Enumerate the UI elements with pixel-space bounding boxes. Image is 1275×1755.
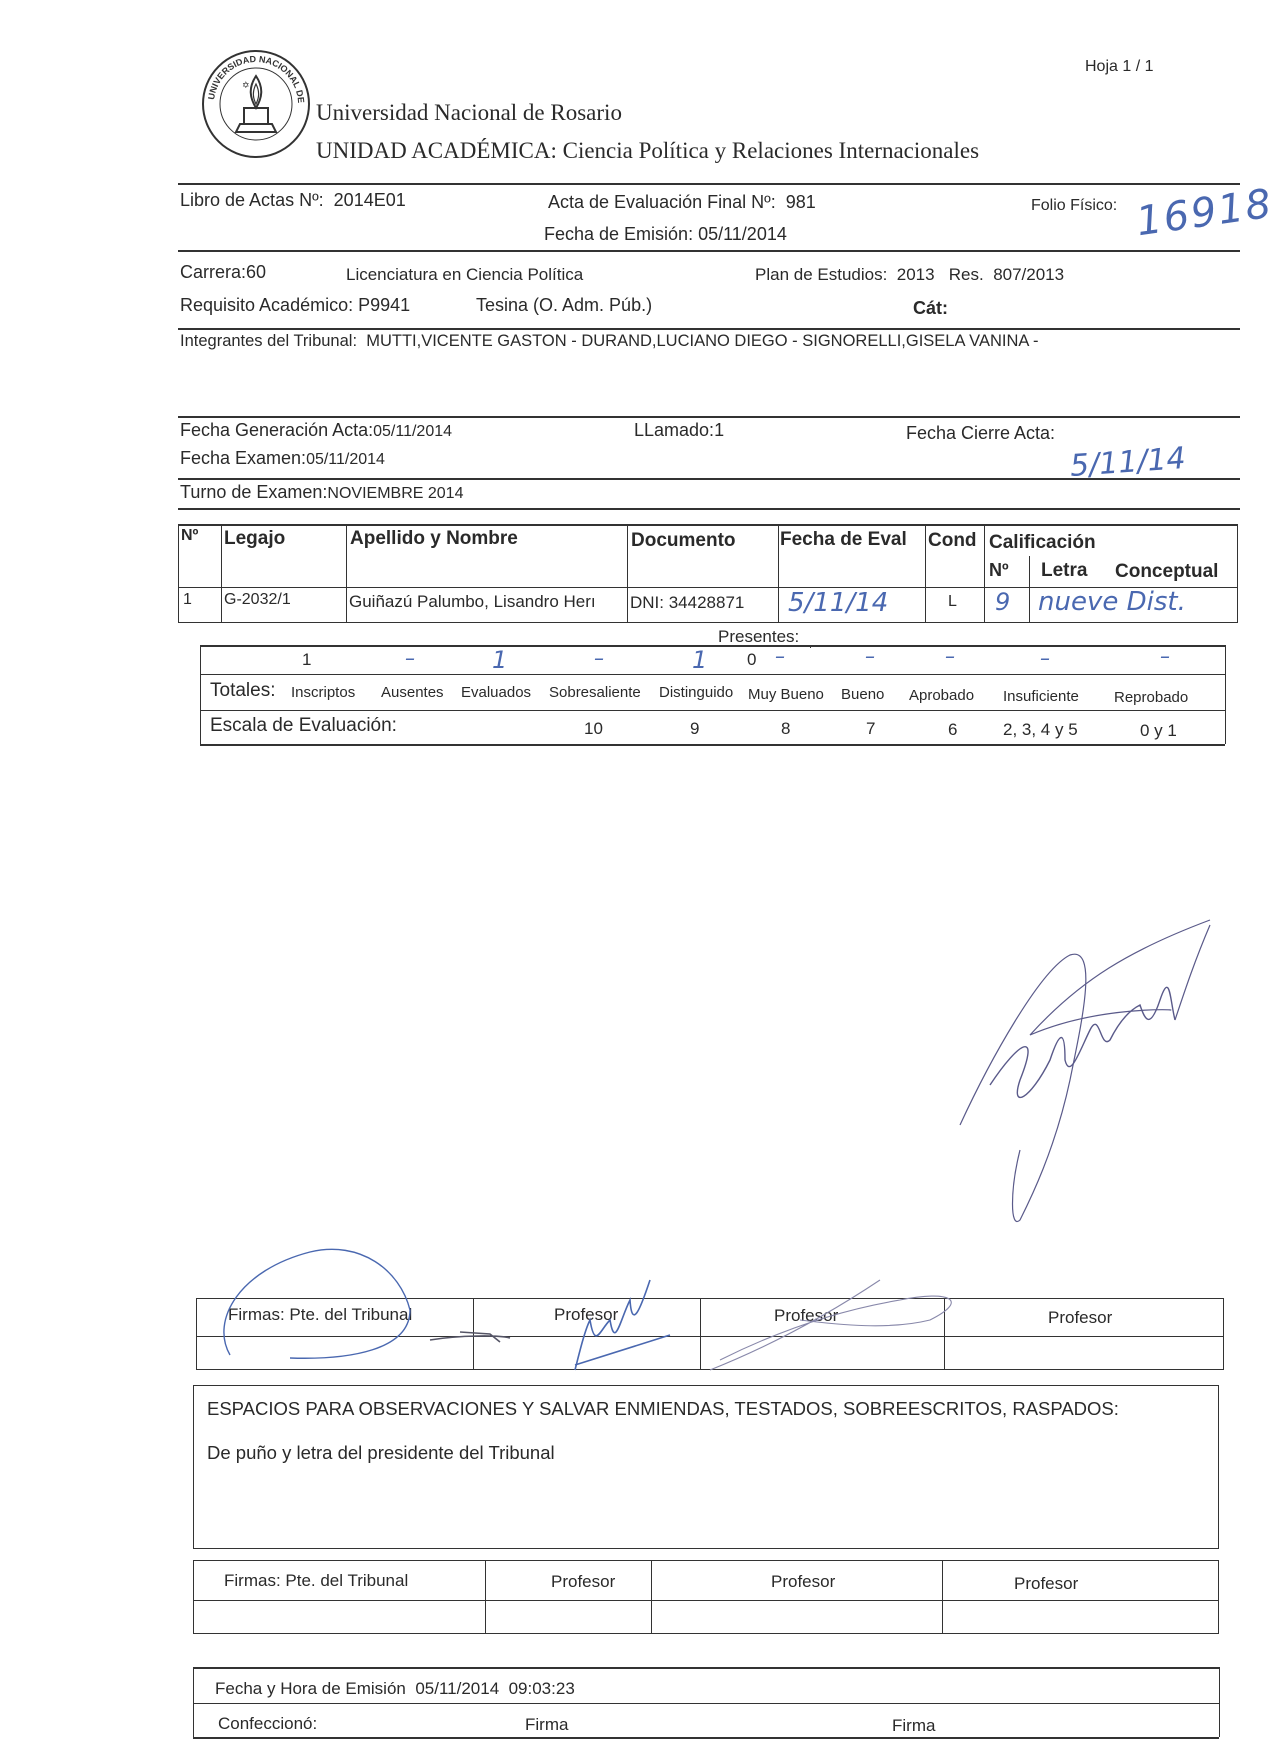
divider <box>178 478 1240 480</box>
col-ausentes: Ausentes <box>381 684 444 701</box>
libro-actas: Libro de Actas Nº: 2014E01 <box>180 190 406 211</box>
divider <box>178 250 1240 252</box>
divider <box>178 328 1240 330</box>
total-distinguido-handwritten: 1 <box>692 646 707 674</box>
col-muy-bueno: Muy Bueno <box>748 686 824 703</box>
col-divider <box>925 524 926 622</box>
col-bueno: Bueno <box>841 686 884 703</box>
totals-border-left <box>200 645 201 744</box>
divider <box>178 416 1240 418</box>
col-divider <box>627 524 628 622</box>
header-documento: Documento <box>631 530 736 552</box>
academic-unit: UNIDAD ACADÉMICA: Ciencia Política y Rel… <box>316 138 979 164</box>
col-sobresaliente: Sobresaliente <box>549 684 641 701</box>
escala-reprobado: 0 y 1 <box>1140 721 1177 741</box>
handwritten-signatures-icon <box>200 1240 1000 1390</box>
turno-examen: Turno de Examen:NOVIEMBRE 2014 <box>180 482 463 503</box>
col-evaluados: Evaluados <box>461 684 531 701</box>
divider <box>178 183 1240 185</box>
sig2-pte-label: Firmas: Pte. del Tribunal <box>224 1571 408 1591</box>
llamado: LLamado:1 <box>634 420 724 441</box>
acta-label: Acta de Evaluación Final Nº: <box>548 192 776 212</box>
col-reprobado: Reprobado <box>1114 689 1188 706</box>
sig2-prof3-label: Profesor <box>1014 1574 1078 1594</box>
fecha-generacion: Fecha Generación Acta:05/11/2014 <box>180 420 452 441</box>
plan-estudios: Plan de Estudios: 2013 Res. 807/2013 <box>755 265 1064 285</box>
cell-num: 1 <box>183 591 192 609</box>
llamado-value: 1 <box>714 420 724 440</box>
cell-cal-letra-handwritten: nueve Dist. <box>1038 587 1186 617</box>
university-seal: ✡ UNIVERSIDAD NACIONAL DE ROSARIO <box>200 48 312 160</box>
plan-label: Plan de Estudios: <box>755 265 887 284</box>
res-value: 807/2013 <box>993 265 1064 284</box>
carrera-code: 60 <box>246 262 266 282</box>
footer-border-bottom <box>193 1737 1219 1739</box>
escala-insuficiente: 2, 3, 4 y 5 <box>1003 720 1078 740</box>
total-presentes: 0 <box>747 650 756 670</box>
cell-fecha-handwritten: 5/11/14 <box>788 588 888 618</box>
carrera-label: Carrera: <box>180 262 246 282</box>
totals-divider <box>200 710 1225 711</box>
escala-distinguido: 9 <box>690 719 699 739</box>
escala-sobresaliente: 10 <box>584 719 603 739</box>
requisito-label: Requisito Académico: <box>180 295 353 315</box>
col-inscriptos: Inscriptos <box>291 684 355 701</box>
emision-label: Fecha de Emisión: <box>544 224 693 244</box>
firma-2-label: Firma <box>892 1716 935 1736</box>
footer-divider <box>193 1703 1219 1704</box>
examen-value: 05/11/2014 <box>306 451 385 468</box>
header-cal-conceptual: Conceptual <box>1115 561 1218 583</box>
escala-muy-bueno: 8 <box>781 719 790 739</box>
requisito-code: P9941 <box>358 295 410 315</box>
carrera-name: Licenciatura en Ciencia Política <box>346 265 583 285</box>
emision-value: 05/11/2014 <box>698 224 787 244</box>
escala-label: Escala de Evaluación: <box>210 715 397 737</box>
libro-value: 2014E01 <box>334 190 406 210</box>
cell-cal-num-handwritten: 9 <box>995 588 1010 616</box>
university-name: Universidad Nacional de Rosario <box>316 100 622 126</box>
total-ausentes-handwritten: – <box>405 646 415 670</box>
fecha-examen: Fecha Examen:05/11/2014 <box>180 448 385 469</box>
turno-value: NOVIEMBRE 2014 <box>327 485 463 502</box>
total-insuficiente-handwritten: – <box>1040 646 1050 670</box>
llamado-label: LLamado: <box>634 420 714 440</box>
acta-value: 981 <box>786 192 816 212</box>
signatures-2-col <box>651 1560 652 1634</box>
header-nombre: Apellido y Nombre <box>350 528 518 550</box>
header-cond: Cond <box>928 530 977 552</box>
col-divider <box>346 524 347 622</box>
sig2-prof1-label: Profesor <box>551 1572 615 1592</box>
cell-legajo: G-2032/1 <box>224 591 291 609</box>
total-bueno-handwritten: – <box>865 644 875 668</box>
cell-documento: DNI: 34428871 <box>630 593 744 613</box>
total-reprobado-handwritten: – <box>1160 644 1170 668</box>
signatures-2-col <box>942 1560 943 1634</box>
university-seal-icon: ✡ UNIVERSIDAD NACIONAL DE ROSARIO <box>200 48 312 160</box>
header-fecha: Fecha de Eval <box>780 529 907 551</box>
res-label: Res. <box>949 265 984 284</box>
col-insuficiente: Insuficiente <box>1003 688 1079 705</box>
requisito: Requisito Académico: P9941 <box>180 295 410 316</box>
observaciones-text: De puño y letra del presidente del Tribu… <box>207 1442 555 1464</box>
escala-bueno: 7 <box>866 719 875 739</box>
totals-border-right <box>1225 645 1226 744</box>
footer-emision-label: Fecha y Hora de Emisión <box>215 1679 406 1698</box>
totals-border-top <box>200 645 1225 647</box>
col-divider <box>984 524 985 622</box>
tribunal-members: MUTTI,VICENTE GASTON - DURAND,LUCIANO DI… <box>366 332 1038 350</box>
header-cal-letra: Letra <box>1041 560 1087 582</box>
examen-label: Fecha Examen: <box>180 448 306 468</box>
footer-emision-value: 05/11/2014 09:03:23 <box>415 1679 574 1698</box>
president-signature-icon <box>930 910 1230 1240</box>
total-muy-bueno-handwritten: – <box>775 644 785 668</box>
col-divider <box>778 524 779 622</box>
total-sobresaliente-handwritten: – <box>594 646 604 670</box>
col-divider <box>1237 524 1238 622</box>
footer-border-top <box>193 1667 1219 1669</box>
total-evaluados-handwritten: 1 <box>492 646 507 674</box>
escala-aprobado: 6 <box>948 720 957 740</box>
cell-nombre: Guiñazú Palumbo, Lisandro Herı <box>349 592 626 612</box>
footer-border-left <box>193 1667 194 1737</box>
folio-value-handwritten: 16918 <box>1133 181 1275 246</box>
divider <box>178 508 1240 510</box>
header-legajo: Legajo <box>224 528 285 550</box>
sig1-prof3-label: Profesor <box>1048 1308 1112 1328</box>
col-divider <box>178 524 179 622</box>
turno-label: Turno de Examen: <box>180 482 327 502</box>
table-border-bottom <box>178 622 1238 623</box>
acta-number: Acta de Evaluación Final Nº: 981 <box>548 192 816 213</box>
carrera: Carrera:60 <box>180 262 266 283</box>
plan-value: 2013 <box>897 265 935 284</box>
totals-border-bottom <box>200 744 1225 746</box>
signatures-2-divider <box>193 1600 1219 1601</box>
libro-label: Libro de Actas Nº: <box>180 190 324 210</box>
confecciono-label: Confeccionó: <box>218 1714 317 1734</box>
presentes-line <box>810 647 811 648</box>
col-divider <box>1029 556 1030 622</box>
signatures-2-col <box>485 1560 486 1634</box>
sheet-number: Hoja 1 / 1 <box>1085 58 1153 76</box>
presentes-label: Presentes: <box>718 627 799 647</box>
tribunal: Integrantes del Tribunal: MUTTI,VICENTE … <box>180 332 1039 351</box>
cierre-label: Fecha Cierre Acta: <box>906 423 1055 444</box>
cell-cond: L <box>948 593 957 611</box>
generacion-value: 05/11/2014 <box>373 423 452 440</box>
header-num: Nº <box>181 527 198 545</box>
total-inscriptos: 1 <box>302 650 311 670</box>
requisito-name: Tesina (O. Adm. Púb.) <box>476 295 652 316</box>
header-calificacion: Calificación <box>989 532 1096 554</box>
firma-1-label: Firma <box>525 1715 568 1735</box>
svg-text:✡: ✡ <box>242 80 250 90</box>
table-border-top <box>178 524 1238 526</box>
col-distinguido: Distinguido <box>659 684 733 701</box>
totals-divider <box>200 674 1225 675</box>
tribunal-label: Integrantes del Tribunal: <box>180 332 357 350</box>
fecha-emision: Fecha de Emisión: 05/11/2014 <box>544 224 787 245</box>
generacion-label: Fecha Generación Acta: <box>180 420 373 440</box>
header-cal-num: Nº <box>989 560 1009 581</box>
cat-label: Cát: <box>913 298 948 319</box>
footer-emision: Fecha y Hora de Emisión 05/11/2014 09:03… <box>215 1679 575 1699</box>
totales-label: Totales: <box>210 680 275 702</box>
folio-label: Folio Físico: <box>1031 197 1117 215</box>
footer-border-right <box>1219 1667 1220 1737</box>
observaciones-title: ESPACIOS PARA OBSERVACIONES Y SALVAR ENM… <box>207 1398 1157 1419</box>
sig2-prof2-label: Profesor <box>771 1572 835 1592</box>
col-divider <box>221 524 222 622</box>
col-aprobado: Aprobado <box>909 687 974 704</box>
total-aprobado-handwritten: – <box>945 644 955 668</box>
